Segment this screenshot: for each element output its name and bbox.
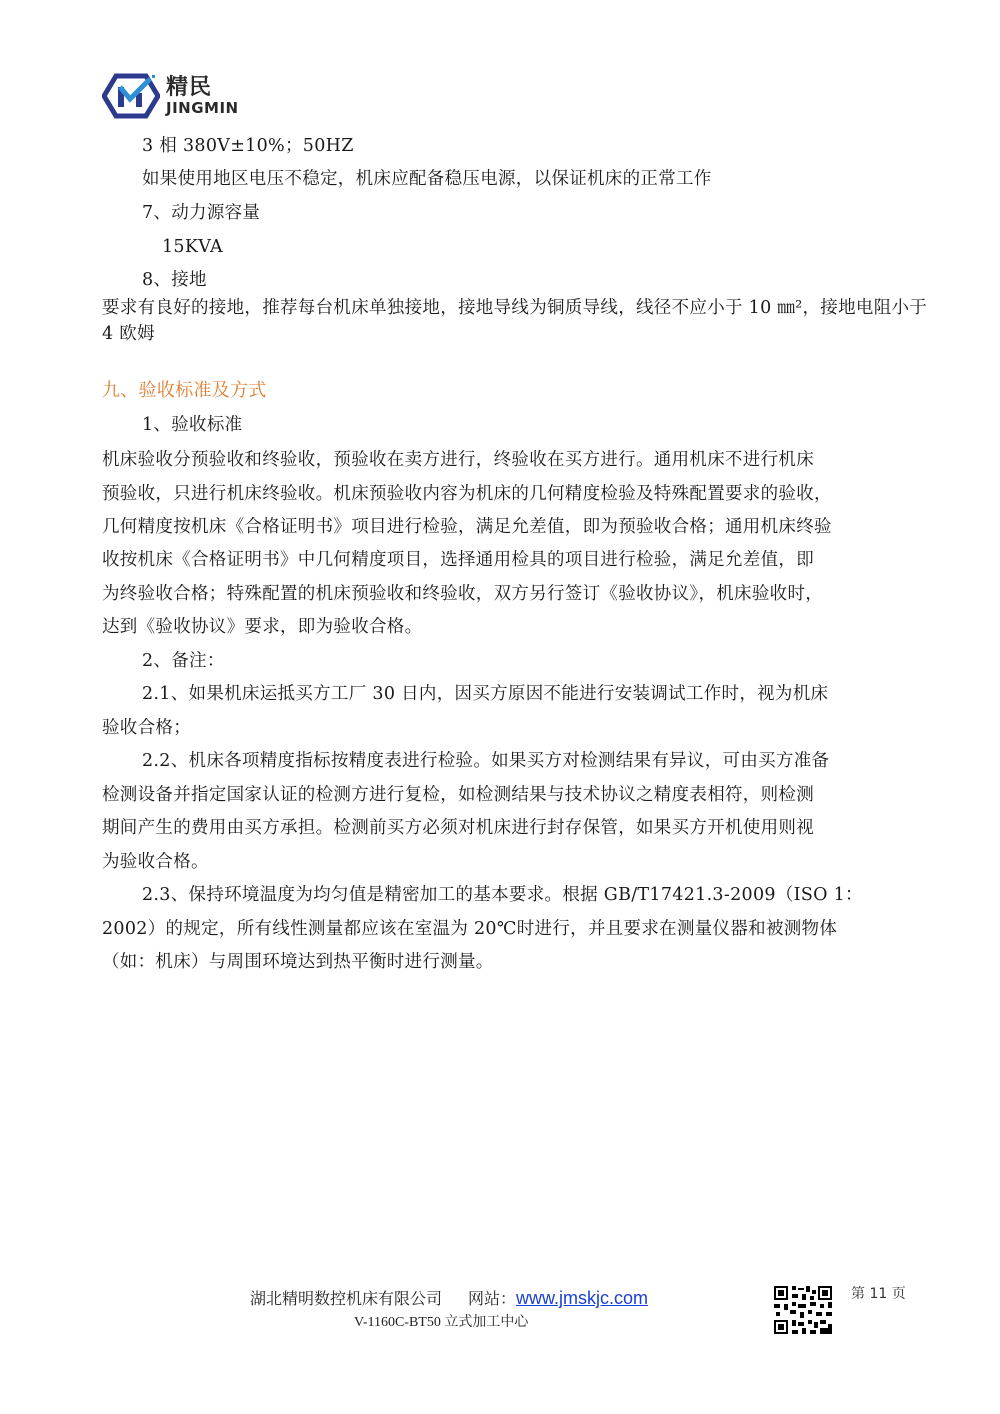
paragraph-line: 为终验收合格；特殊配置的机床预验收和终验收，双方另行签订《验收协议》，机床验收时…: [102, 582, 823, 606]
subsection-title: 2、备注：: [142, 649, 225, 673]
company-logo: 精民 JINGMIN: [102, 72, 272, 120]
footer-site-label: 网站：: [468, 1289, 516, 1308]
paragraph-line: 预验收，只进行机床终验收。机床预验收内容为机床的几何精度检验及特殊配置要求的验收…: [102, 482, 832, 506]
website-link[interactable]: www.jmskjc.com: [516, 1288, 648, 1308]
paragraph-line: 达到《验收协议》要求，即为验收合格。: [102, 615, 422, 639]
section-heading: 九、验收标准及方式: [102, 379, 267, 403]
footer-company-name: 湖北精明数控机床有限公司: [250, 1289, 442, 1308]
note-line: 检测设备并指定国家认证的检测方进行复检，如检测结果与技术协议之精度表相符，则检测: [102, 783, 814, 807]
note-line: 期间产生的费用由买方承担。检测前买方必须对机床进行封存保管，如果买方开机使用则视: [102, 816, 814, 840]
note-line: 2002）的规定，所有线性测量都应该在室温为 20℃时进行，并且要求在测量仪器和…: [102, 917, 837, 941]
paragraph-line: 机床验收分预验收和终验收，预验收在卖方进行，终验收在买方进行。通用机床不进行机床: [102, 448, 814, 472]
footer-company-line: 湖北精明数控机床有限公司网站：www.jmskjc.com: [250, 1286, 648, 1309]
note-line: 2.1、如果机床运抵买方工厂 30 日内，因买方原因不能进行安装调试工作时，视为…: [142, 682, 828, 706]
item8-text: 要求有良好的接地，推荐每台机床单独接地，接地导线为铜质导线，线径不应小于 10 …: [102, 296, 927, 320]
note-line: 为验收合格。: [102, 850, 209, 874]
logo-name-cn: 精民: [166, 77, 239, 99]
item8-title: 8、接地: [142, 268, 207, 292]
note-line: 验收合格；: [102, 716, 191, 740]
subsection-title: 1、验收标准: [142, 413, 242, 437]
power-spec: 3 相 380V±10%；50HZ: [142, 134, 354, 158]
jingmin-logo-icon: [102, 73, 160, 119]
page-number: 第 11 页: [851, 1283, 906, 1303]
note-line: 2.2、机床各项精度指标按精度表进行检验。如果买方对检测结果有异议，可由买方准备: [142, 749, 829, 773]
paragraph-line: 收按机床《合格证明书》中几何精度项目，选择通用检具的项目进行检验，满足允差值，即: [102, 548, 814, 572]
item8-text-cont: 4 欧姆: [102, 322, 155, 346]
qr-code-icon: [772, 1284, 834, 1336]
power-note: 如果使用地区电压不稳定，机床应配备稳压电源，以保证机床的正常工作: [142, 167, 712, 191]
paragraph-line: 几何精度按机床《合格证明书》项目进行检验，满足允差值，即为预验收合格；通用机床终…: [102, 515, 832, 539]
note-line: （如：机床）与周围环境达到热平衡时进行测量。: [102, 950, 494, 974]
item7-value: 15KVA: [162, 235, 223, 259]
logo-name-en: JINGMIN: [166, 101, 239, 116]
note-line: 2.3、保持环境温度为均匀值是精密加工的基本要求。根据 GB/T17421.3-…: [142, 883, 863, 907]
footer-model: V-1160C-BT50 立式加工中心: [354, 1311, 528, 1331]
item7-title: 7、动力源容量: [142, 201, 260, 225]
